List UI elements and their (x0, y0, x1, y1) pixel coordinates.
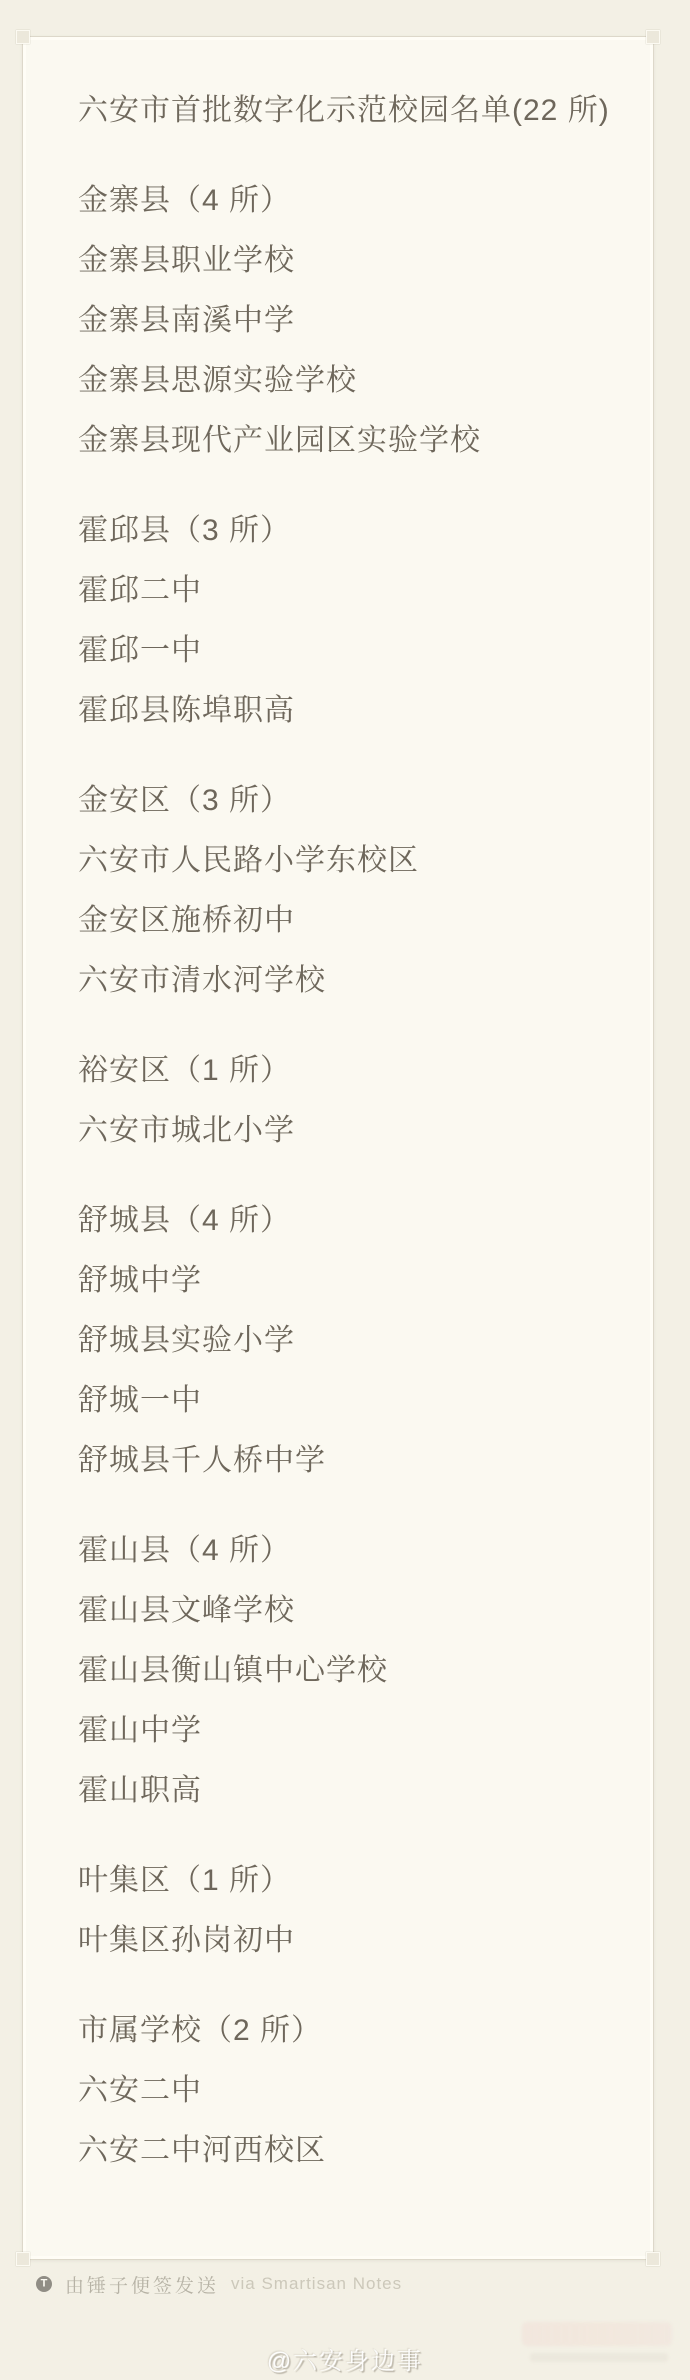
footer: T 由锤子便签发送 via Smartisan Notes (36, 2268, 402, 2300)
school-item: 金寨县南溪中学 (78, 291, 617, 351)
region-heading: 金寨县（4 所） (78, 171, 617, 231)
region-heading: 叶集区（1 所） (78, 1851, 617, 1911)
region-section: 金寨县（4 所）金寨县职业学校金寨县南溪中学金寨县思源实验学校金寨县现代产业园区… (78, 171, 617, 471)
school-item: 舒城县实验小学 (78, 1311, 617, 1371)
school-item: 霍山中学 (78, 1701, 617, 1761)
region-heading: 裕安区（1 所） (78, 1041, 617, 1101)
school-item: 金寨县职业学校 (78, 231, 617, 291)
region-section: 叶集区（1 所）叶集区孙岗初中 (78, 1851, 617, 1971)
faint-corner-watermark (510, 2322, 678, 2378)
school-item: 舒城县千人桥中学 (78, 1431, 617, 1491)
school-item: 霍山职高 (78, 1761, 617, 1821)
card-corner-top-left (16, 30, 30, 44)
faint-watermark-logo (522, 2322, 672, 2346)
school-item: 舒城一中 (78, 1371, 617, 1431)
school-item: 霍邱县陈埠职高 (78, 681, 617, 741)
school-item: 六安市城北小学 (78, 1101, 617, 1161)
school-item: 六安市人民路小学东校区 (78, 831, 617, 891)
region-section: 金安区（3 所）六安市人民路小学东校区金安区施桥初中六安市清水河学校 (78, 771, 617, 1011)
school-item: 叶集区孙岗初中 (78, 1911, 617, 1971)
school-item: 霍邱二中 (78, 561, 617, 621)
note-card: 六安市首批数字化示范校园名单(22 所) 金寨县（4 所）金寨县职业学校金寨县南… (22, 36, 654, 2260)
school-item: 六安市清水河学校 (78, 951, 617, 1011)
region-section: 舒城县（4 所）舒城中学舒城县实验小学舒城一中舒城县千人桥中学 (78, 1191, 617, 1491)
school-item: 金寨县现代产业园区实验学校 (78, 411, 617, 471)
note-title: 六安市首批数字化示范校园名单(22 所) (78, 81, 617, 141)
sent-via-label-cn: 由锤子便签发送 (65, 2271, 219, 2298)
school-item: 霍山县文峰学校 (78, 1581, 617, 1641)
school-list: 金寨县（4 所）金寨县职业学校金寨县南溪中学金寨县思源实验学校金寨县现代产业园区… (78, 171, 617, 2181)
school-item: 霍山县衡山镇中心学校 (78, 1641, 617, 1701)
school-item: 金寨县思源实验学校 (78, 351, 617, 411)
region-heading: 霍邱县（3 所） (78, 501, 617, 561)
smartisan-logo-icon: T (36, 2276, 52, 2292)
region-heading: 舒城县（4 所） (78, 1191, 617, 1251)
card-corner-bottom-left (16, 2252, 30, 2266)
school-item: 舒城中学 (78, 1251, 617, 1311)
school-item: 霍邱一中 (78, 621, 617, 681)
faint-watermark-url (530, 2353, 668, 2362)
school-item: 六安二中 (78, 2061, 617, 2121)
region-heading: 霍山县（4 所） (78, 1521, 617, 1581)
school-item: 金安区施桥初中 (78, 891, 617, 951)
card-corner-top-right (646, 30, 660, 44)
region-section: 裕安区（1 所）六安市城北小学 (78, 1041, 617, 1161)
smartisan-logo-glyph: T (41, 2278, 48, 2289)
note-share-image: 六安市首批数字化示范校园名单(22 所) 金寨县（4 所）金寨县职业学校金寨县南… (0, 0, 690, 2380)
note-content: 六安市首批数字化示范校园名单(22 所) 金寨县（4 所）金寨县职业学校金寨县南… (23, 37, 653, 2181)
region-section: 霍山县（4 所）霍山县文峰学校霍山县衡山镇中心学校霍山中学霍山职高 (78, 1521, 617, 1821)
region-heading: 金安区（3 所） (78, 771, 617, 831)
sent-via-label-en: via Smartisan Notes (231, 2274, 402, 2294)
region-heading: 市属学校（2 所） (78, 2001, 617, 2061)
school-item: 六安二中河西校区 (78, 2121, 617, 2181)
region-section: 霍邱县（3 所）霍邱二中霍邱一中霍邱县陈埠职高 (78, 501, 617, 741)
region-section: 市属学校（2 所）六安二中六安二中河西校区 (78, 2001, 617, 2181)
card-corner-bottom-right (646, 2252, 660, 2266)
